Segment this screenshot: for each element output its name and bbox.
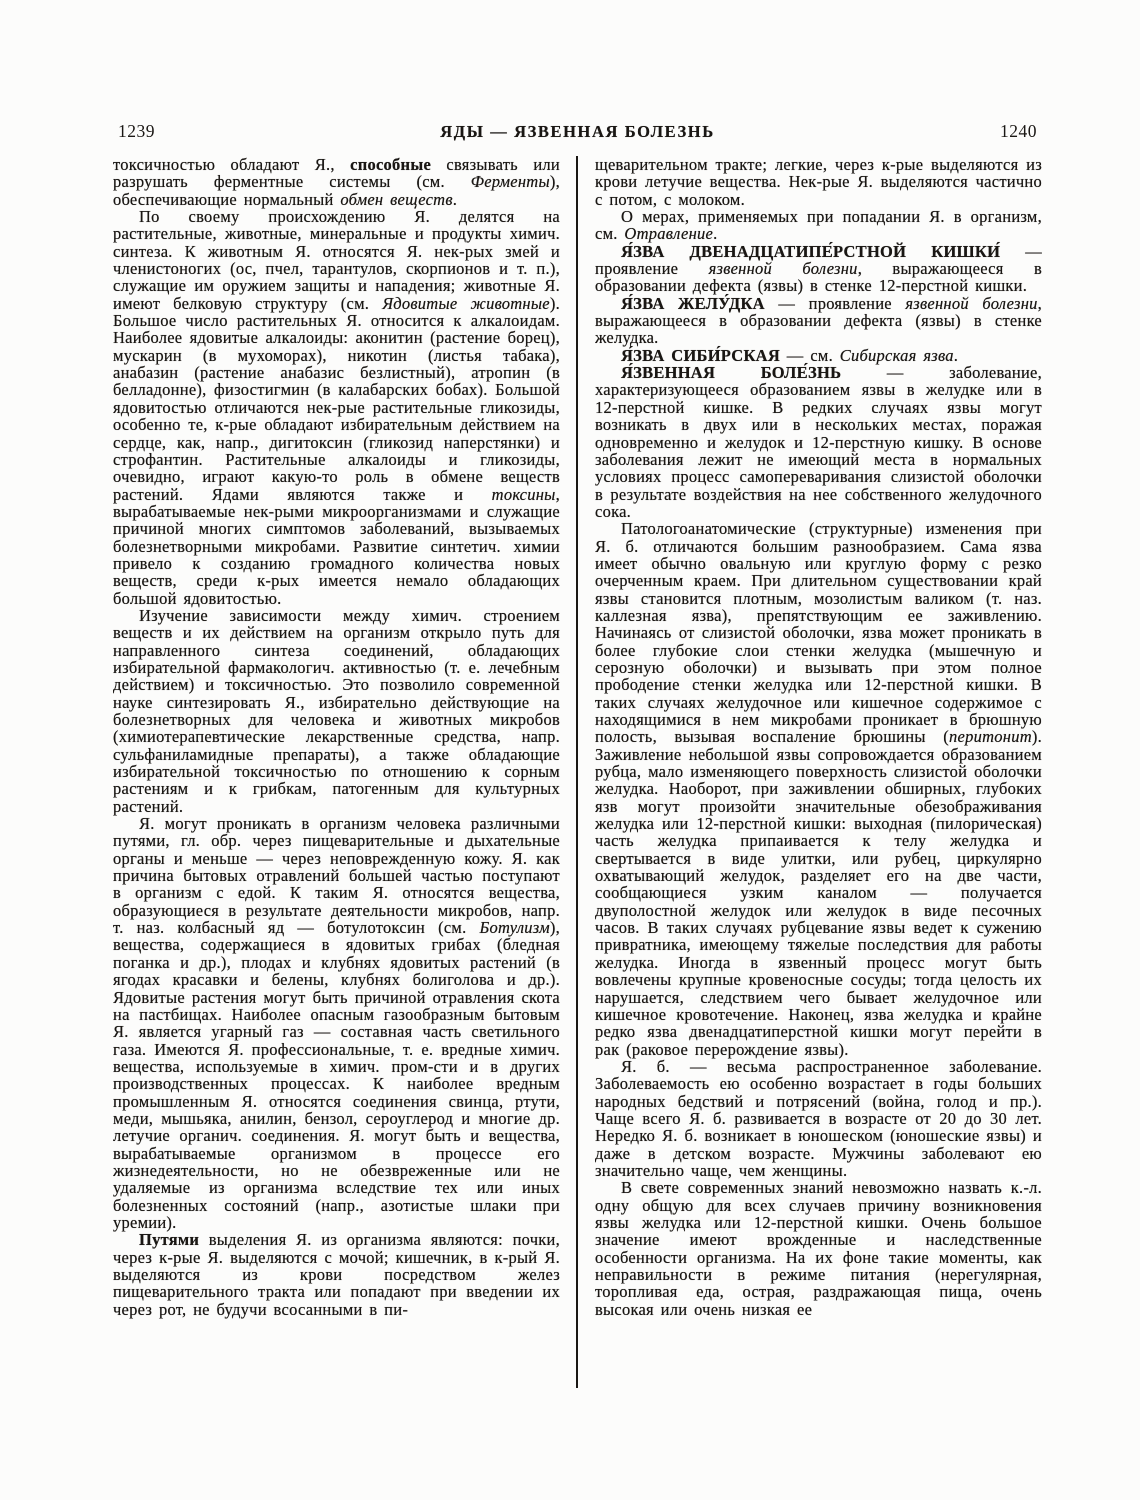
italic-term: язвенной болезни [709,259,858,278]
italic-term: Ботулизм [480,918,550,937]
paragraph: Я́ЗВА ДВЕНАДЦАТИПЕ́РСТНОЙ КИШКИ́ — прояв… [595,243,1042,295]
italic-term: обмен веществ [340,190,452,209]
text-run: ). Большое число растительных Я. относит… [113,294,560,504]
paragraph: токсичностью обладают Я., способные связ… [113,156,560,208]
page-body: токсичностью обладают Я., способные связ… [113,156,1042,1396]
text-run: , вырабатываемые нек-рыми микроорганизма… [113,485,560,608]
paragraph: Патологоанатомические (структурные) изме… [595,520,1042,1058]
text-run: — заболевание, характеризующееся образов… [595,363,1042,521]
text-run: Патологоанатомические (структурные) изме… [595,519,1042,746]
italic-term: токсины [492,485,556,504]
text-run: . [954,346,958,365]
left-column: токсичностью обладают Я., способные связ… [113,156,560,1396]
right-column: щеварительном тракте; легкие, через к-ры… [595,156,1042,1396]
bold-run: Я́ЗВЕННАЯ БОЛЕ́ЗНЬ [621,363,841,382]
italic-term: Отравление [624,224,713,243]
text-run: . [453,190,457,209]
page-number-left: 1239 [118,121,155,142]
paragraph: Я́ЗВА ЖЕЛУ́ДКА — проявление язвенной бол… [595,295,1042,347]
text-run: В свете современных знаний невозможно на… [595,1178,1042,1318]
bold-run: Я́ЗВА СИБИ́РСКАЯ [621,346,780,365]
paragraph: Я́ЗВА СИБИ́РСКАЯ — см. Сибирская язва. [595,347,1042,364]
text-run: ), вещества, содержащиеся в ядовитых гри… [113,918,560,1232]
bold-run: Я́ЗВА ДВЕНАДЦАТИПЕ́РСТНОЙ КИШКИ́ [621,242,1000,261]
bold-run: Я́ЗВА ЖЕЛУ́ДКА [621,294,765,313]
italic-term: перитонит [949,727,1032,746]
text-run: . [713,224,717,243]
text-run: токсичностью обладают Я., [113,156,350,174]
italic-term: язвенной болезни [905,294,1037,313]
page-header: 1239 ЯДЫ — ЯЗВЕННАЯ БОЛЕЗНЬ 1240 [118,121,1037,142]
encyclopedia-page: 1239 ЯДЫ — ЯЗВЕННАЯ БОЛЕЗНЬ 1240 токсичн… [0,0,1140,1500]
text-run: щеварительном тракте; легкие, через к-ры… [595,156,1042,209]
paragraph: В свете современных знаний невозможно на… [595,1179,1042,1318]
paragraph: Изучение зависимости между химич. строен… [113,607,560,815]
paragraph: щеварительном тракте; легкие, через к-ры… [595,156,1042,208]
page-number-right: 1240 [1000,121,1037,142]
text-run: — см. [780,346,840,365]
paragraph: Я. б. — весьма распространенное заболева… [595,1058,1042,1179]
italic-term: Ядовитые животные [382,294,550,313]
running-title: ЯДЫ — ЯЗВЕННАЯ БОЛЕЗНЬ [440,122,714,142]
paragraph: По своему происхождению Я. делятся на ра… [113,208,560,607]
bold-run: способные [350,156,431,174]
italic-term: Сибирская язва [840,346,954,365]
bold-run: Путями [139,1230,199,1249]
paragraph: Я. могут проникать в организм человека р… [113,815,560,1231]
text-run: ). Заживление небольшой язвы сопровождае… [595,727,1042,1058]
text-run: Я. б. — весьма распространенное заболева… [595,1057,1042,1180]
column-divider [576,156,578,1388]
italic-term: Ферменты [471,172,550,191]
paragraph: О мерах, применяемых при попадании Я. в … [595,208,1042,243]
paragraph: Путями выделения Я. из организма являютс… [113,1231,560,1318]
text-run: Изучение зависимости между химич. строен… [113,606,560,816]
text-run: — проявление [765,294,906,313]
paragraph: Я́ЗВЕННАЯ БОЛЕ́ЗНЬ — заболевание, характ… [595,364,1042,520]
